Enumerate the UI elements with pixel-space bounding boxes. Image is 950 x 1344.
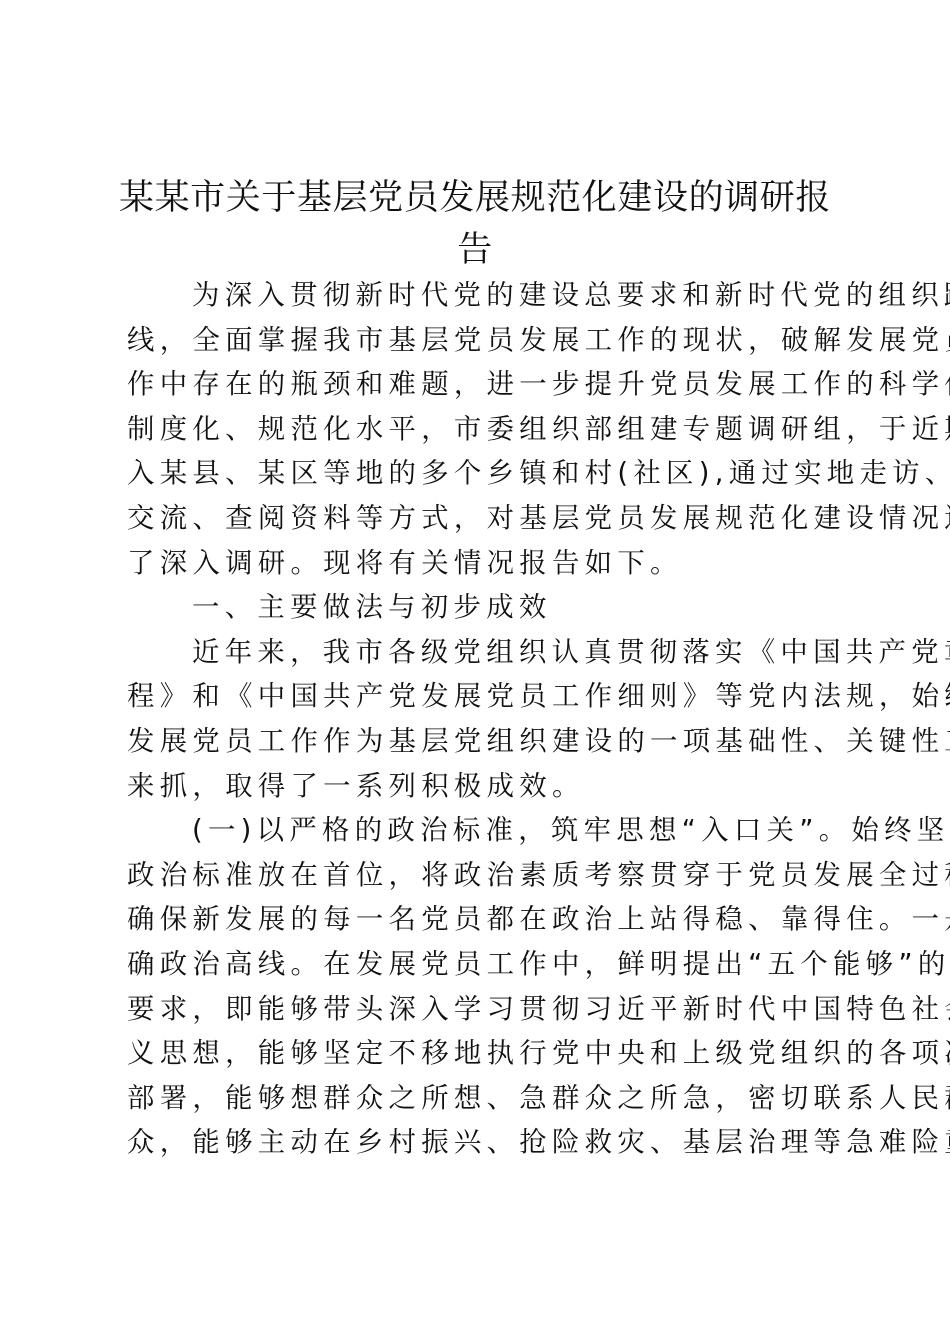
- text-line: 发展党员工作作为基层党组织建设的一项基础性、关键性工程: [127, 720, 823, 765]
- text-line: 入某县、某区等地的多个乡镇和村(社区),通过实地走访、座谈: [127, 452, 823, 497]
- document-body: 为深入贯彻新时代党的建设总要求和新时代党的组织路 线，全面掌握我市基层党员发展工…: [127, 274, 823, 1166]
- text-line: 确保新发展的每一名党员都在政治上站得稳、靠得住。一是明: [127, 898, 823, 943]
- document-title: 某某市关于基层党员发展规范化建设的调研报 告: [115, 172, 835, 276]
- title-line-1: 某某市关于基层党员发展规范化建设的调研报: [115, 172, 835, 224]
- text-line: 义思想，能够坚定不移地执行党中央和上级党组织的各项决策: [127, 1032, 823, 1077]
- text-line: 确政治高线。在发展党员工作中，鲜明提出“五个能够”的硬性: [127, 943, 823, 988]
- text-line: 部署，能够想群众之所想、急群众之所急，密切联系人民群: [127, 1077, 823, 1122]
- text-line: 了深入调研。现将有关情况报告如下。: [127, 542, 823, 587]
- text-line: 为深入贯彻新时代党的建设总要求和新时代党的组织路: [127, 274, 823, 319]
- text-line: 制度化、规范化水平，市委组织部组建专题调研组，于近期深: [127, 408, 823, 453]
- section-heading-1: 一、主要做法与初步成效: [127, 586, 823, 631]
- text-line: 众，能够主动在乡村振兴、抢险救灾、基层治理等急难险重任: [127, 1121, 823, 1166]
- text-line: 作中存在的瓶颈和难题，进一步提升党员发展工作的科学化、: [127, 363, 823, 408]
- text-line: 交流、查阅资料等方式，对基层党员发展规范化建设情况进行: [127, 497, 823, 542]
- text-line: 来抓，取得了一系列积极成效。: [127, 765, 823, 810]
- text-line: 程》和《中国共产党发展党员工作细则》等党内法规，始终将: [127, 675, 823, 720]
- text-line: 近年来，我市各级党组织认真贯彻落实《中国共产党章: [127, 631, 823, 676]
- text-line: 政治标准放在首位，将政治素质考察贯穿于党员发展全过程，: [127, 854, 823, 899]
- text-line: 要求，即能够带头深入学习贯彻习近平新时代中国特色社会主: [127, 988, 823, 1033]
- subsection-1-paragraph: (一)以严格的政治标准，筑牢思想“入口关”。始终坚持把 政治标准放在首位，将政治…: [127, 809, 823, 1166]
- intro-paragraph: 为深入贯彻新时代党的建设总要求和新时代党的组织路 线，全面掌握我市基层党员发展工…: [127, 274, 823, 586]
- heading-text: 一、主要做法与初步成效: [127, 586, 823, 631]
- text-line: 线，全面掌握我市基层党员发展工作的现状，破解发展党员工: [127, 319, 823, 364]
- paragraph-2: 近年来，我市各级党组织认真贯彻落实《中国共产党章 程》和《中国共产党发展党员工作…: [127, 631, 823, 809]
- text-line: (一)以严格的政治标准，筑牢思想“入口关”。始终坚持把: [127, 809, 823, 854]
- title-line-2: 告: [115, 224, 835, 276]
